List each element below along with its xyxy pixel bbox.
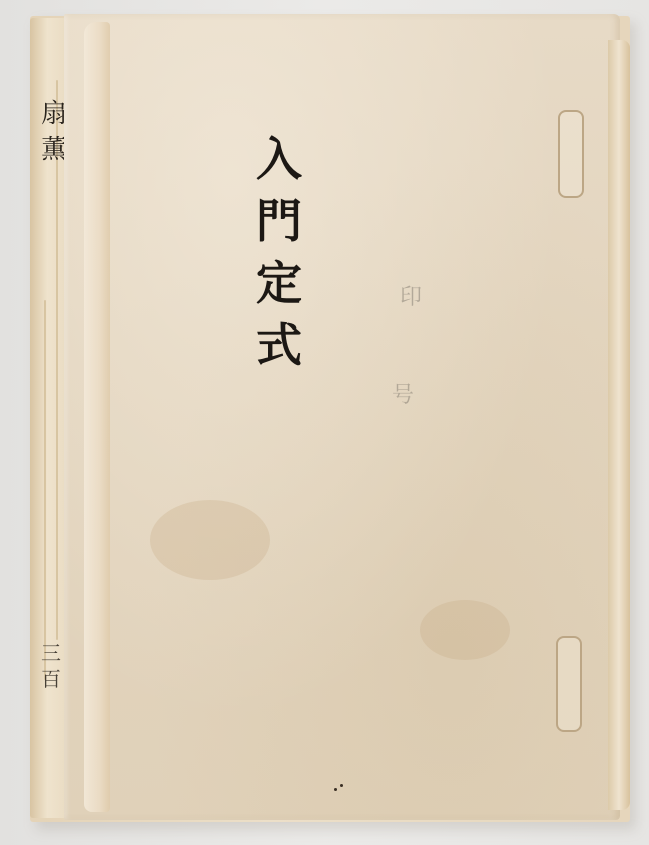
spine-char: 百 (41, 666, 61, 692)
right-page-edges (608, 40, 630, 810)
document-cover (64, 14, 620, 820)
title-char: 入 (256, 128, 302, 190)
binding-slot-top (558, 110, 584, 198)
title-char: 式 (256, 314, 302, 376)
paper-stain (150, 500, 270, 580)
left-folded-flap (84, 22, 110, 812)
spine-char: 三 (41, 640, 61, 666)
fold-line (44, 300, 46, 680)
paper-stain (420, 600, 510, 660)
faint-mark-upper: 印 (400, 280, 422, 311)
faint-mark-lower: 号 (392, 378, 414, 409)
binding-slot-bottom (556, 636, 582, 732)
spine-text-bottom: 三 百 (38, 640, 64, 692)
ink-dot (334, 788, 337, 791)
cover-title: 入 門 定 式 (244, 128, 314, 376)
title-char: 定 (256, 252, 302, 314)
ink-dot (340, 784, 343, 787)
title-char: 門 (256, 190, 302, 252)
